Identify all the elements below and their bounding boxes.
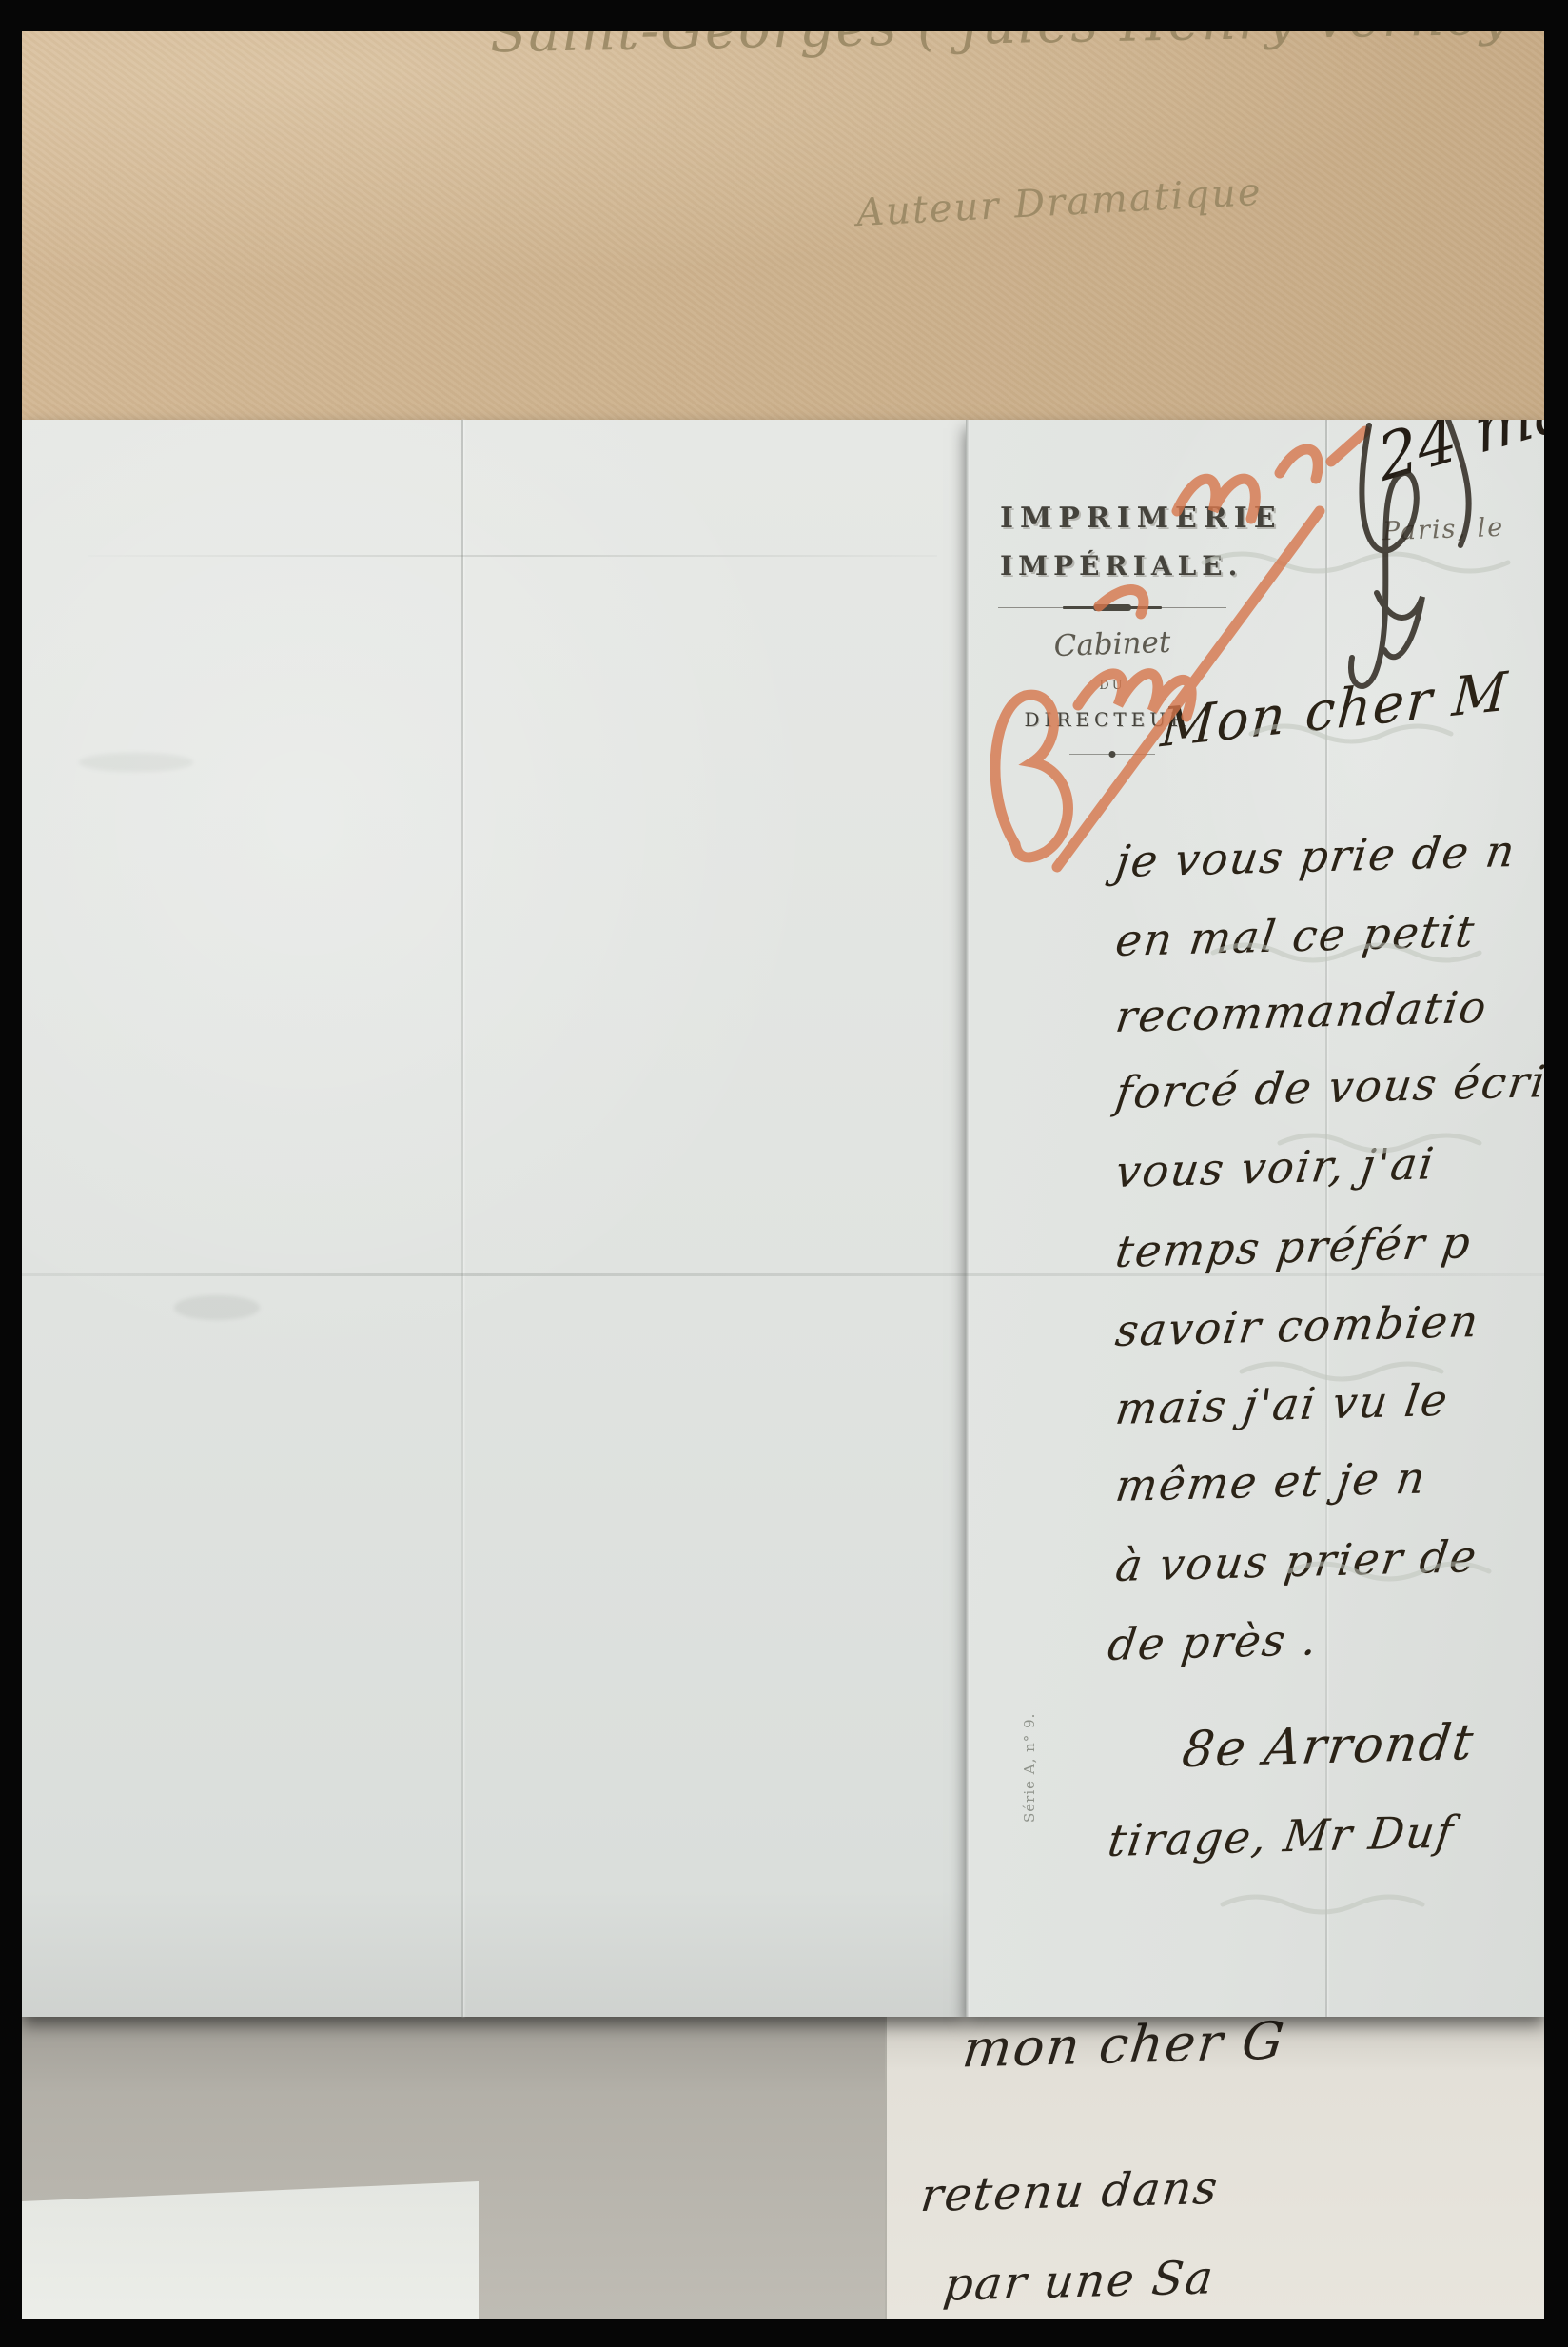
handwriting-line: vous voir, j'ai — [1112, 1137, 1438, 1197]
handwriting-line: retenu dans — [918, 2161, 1222, 2222]
letterhead-line1: IMPRIMERIE — [1000, 502, 1225, 535]
handwritten-date: 24 mai — [1373, 420, 1544, 496]
handwriting-line: je vous prie de n — [1112, 825, 1519, 887]
handwriting-line: forcé de vous écri — [1112, 1055, 1544, 1118]
handwriting-line: tirage, Mr Duf — [1105, 1805, 1458, 1866]
blank-verso-sheet — [22, 420, 966, 2017]
letterhead-du: DU — [1000, 679, 1225, 693]
handwriting-line: par une Sa — [941, 2251, 1218, 2312]
scan-border-bottom — [0, 2319, 1568, 2347]
letterhead-cabinet: Cabinet — [999, 623, 1225, 665]
vertical-fold-crease — [461, 420, 463, 2017]
horizontal-crease — [88, 555, 937, 557]
scan-border-top — [0, 0, 1568, 31]
letterhead-ornament-rule — [1006, 602, 1219, 614]
horizontal-fold-crease — [22, 1273, 1544, 1276]
scan-border-right — [1544, 0, 1568, 2347]
handwriting-line: recommandatio — [1112, 981, 1491, 1042]
letterhead-small-ornament — [1069, 750, 1155, 759]
paper-fold-edge — [966, 420, 970, 2017]
vertical-fold-crease — [1325, 420, 1327, 2017]
lower-letter-page: mon cher G retenu dans par une Sa — [885, 2002, 1546, 2319]
handwriting-line: en mal ce petit — [1112, 905, 1479, 966]
handwriting-line: mon cher G — [959, 2010, 1288, 2079]
series-imprint: Série A, n° 9. — [1021, 1713, 1038, 1823]
handwriting-line: temps préfér p — [1112, 1216, 1475, 1277]
graphite-smudge — [174, 1295, 260, 1320]
letterhead-line2: IMPÉRIALE. — [1000, 550, 1225, 582]
handwriting-line: de près . — [1105, 1613, 1322, 1670]
graphite-smudge — [79, 753, 193, 772]
letter-page: IMPRIMERIE IMPÉRIALE. Cabinet DU DIRECTE… — [966, 420, 1544, 2017]
handwriting-line: 8e Arrondt — [1179, 1714, 1478, 1779]
bottom-left-sheet-corner — [22, 2181, 479, 2324]
handwriting-line: même et je n — [1112, 1451, 1429, 1511]
handwriting-line: savoir combien — [1112, 1295, 1482, 1356]
scanned-letter-photograph: Saint-Georges ( Jules-Henry-Vernoy Auteu… — [0, 0, 1568, 2347]
handwriting-line: mais j'ai vu le — [1112, 1374, 1452, 1434]
handwriting-line: à vous prier de — [1112, 1530, 1480, 1591]
scan-border-left — [0, 0, 22, 2347]
archival-mount-board — [22, 31, 1544, 424]
printed-dateline: Paris, le — [1382, 513, 1504, 546]
